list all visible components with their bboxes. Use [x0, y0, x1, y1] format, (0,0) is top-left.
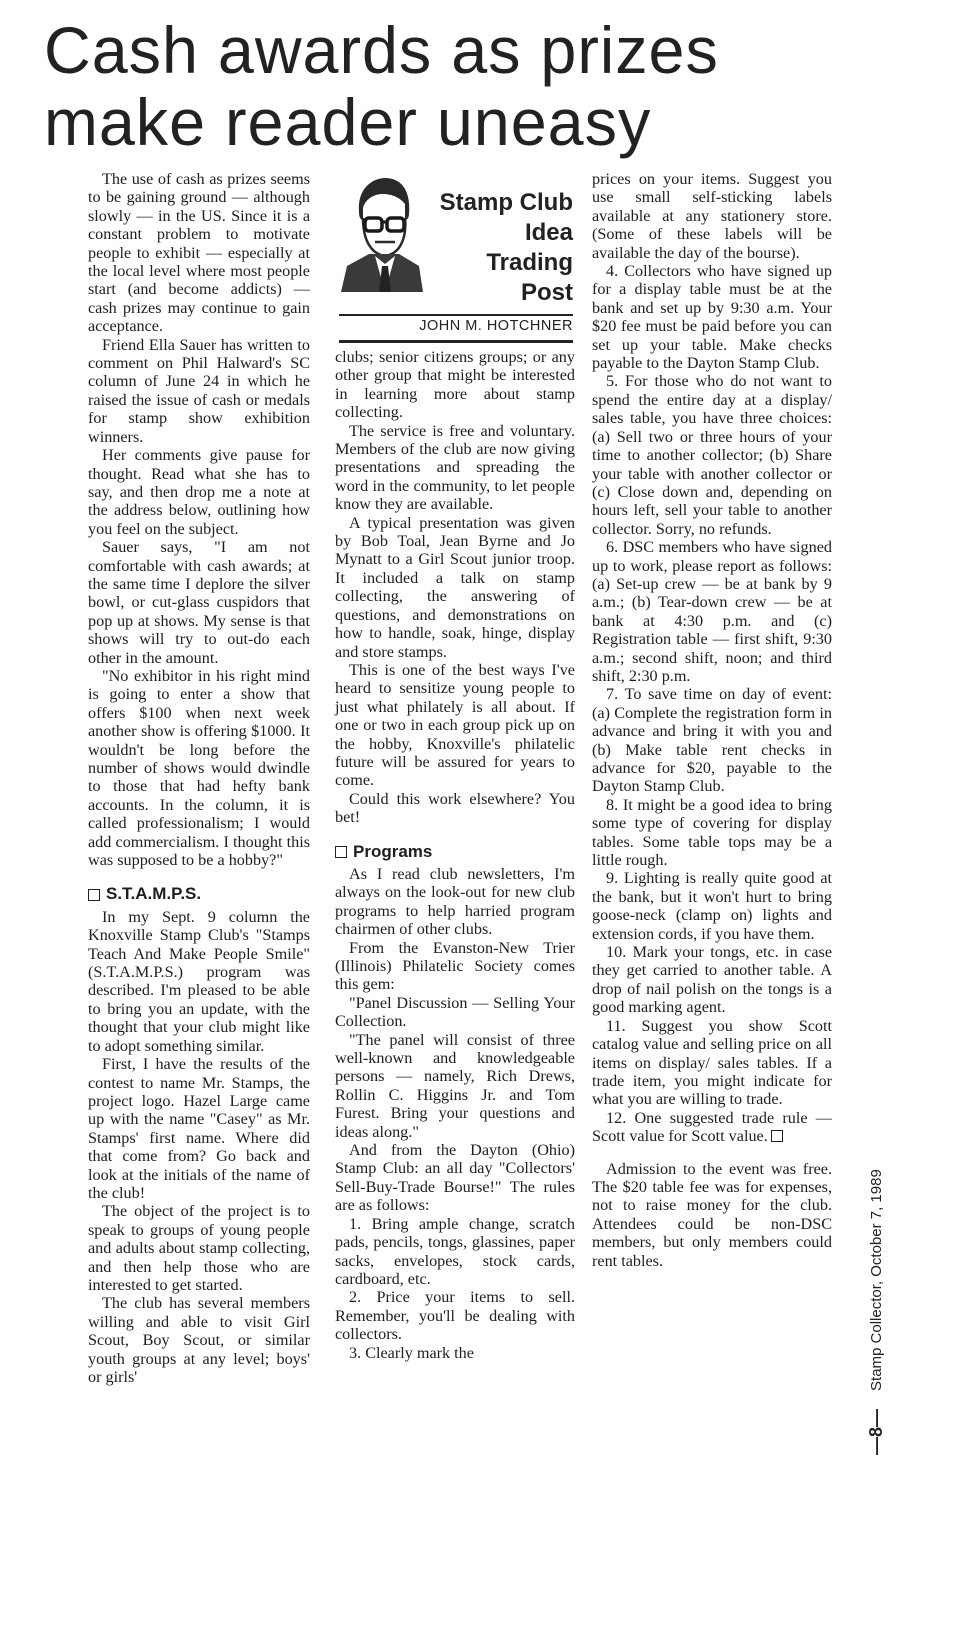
- byline: JOHN M. HOTCHNER: [419, 318, 573, 334]
- spacer: [592, 1146, 832, 1160]
- divider: [339, 340, 573, 343]
- paragraph: This is one of the best ways I've heard …: [335, 661, 575, 790]
- column-2: clubs; senior citizens groups; or any ot…: [335, 348, 575, 1362]
- column-title-line: Post: [440, 278, 573, 308]
- ballot-box-icon: [335, 846, 347, 858]
- column-title-line: Idea: [440, 218, 573, 248]
- section-heading-text: Programs: [353, 843, 432, 861]
- paragraph: "No exhibitor in his right mind is going…: [88, 667, 310, 869]
- rule-item: 8. It might be a good idea to bring some…: [592, 796, 832, 870]
- column-title-line: Stamp Club: [440, 188, 573, 218]
- paragraph: The service is free and voluntary. Membe…: [335, 422, 575, 514]
- paragraph: "The panel will consist of three well-kn…: [335, 1031, 575, 1141]
- rule-item-text: 12. One suggested trade rule — Scott val…: [592, 1109, 832, 1145]
- column-1: The use of cash as prizes seems to be ga…: [88, 170, 310, 1386]
- paragraph: "Panel Discussion — Selling Your Collect…: [335, 994, 575, 1031]
- paragraph: As I read club newsletters, I'm always o…: [335, 865, 575, 939]
- page-number: —8—: [866, 1409, 887, 1455]
- paragraph: The club has several members willing and…: [88, 1294, 310, 1386]
- rule-item: 12. One suggested trade rule — Scott val…: [592, 1109, 832, 1146]
- paragraph: In my Sept. 9 column the Knoxville Stamp…: [88, 908, 310, 1055]
- rule-item: 11. Suggest you show Scott catalog value…: [592, 1017, 832, 1109]
- end-mark-icon: [771, 1130, 783, 1142]
- column-title: Stamp Club Idea Trading Post: [440, 188, 573, 308]
- headline-line-2: make reader uneasy: [44, 86, 828, 158]
- rule-item: 1. Bring ample change, scratch pads, pen…: [335, 1215, 575, 1289]
- rule-item: 9. Lighting is really quite good at the …: [592, 869, 832, 943]
- paragraph: Friend Ella Sauer has written to comment…: [88, 336, 310, 446]
- rule-item: 4. Collectors who have signed up for a d…: [592, 262, 832, 372]
- ballot-box-icon: [88, 889, 100, 901]
- column-masthead: Stamp Club Idea Trading Post JOHN M. HOT…: [335, 170, 575, 342]
- paragraph: The object of the project is to speak to…: [88, 1202, 310, 1294]
- paragraph: From the Evanston-New Trier (Illinois) P…: [335, 939, 575, 994]
- rule-item: 3. Clearly mark the: [335, 1344, 575, 1362]
- author-portrait-icon: [339, 174, 425, 294]
- paragraph: clubs; senior citizens groups; or any ot…: [335, 348, 575, 422]
- paragraph: The use of cash as prizes seems to be ga…: [88, 170, 310, 336]
- section-heading-text: S.T.A.M.P.S.: [106, 885, 201, 903]
- paragraph: Could this work elsewhere? You bet!: [335, 790, 575, 827]
- paragraph: prices on your items. Suggest you use sm…: [592, 170, 832, 262]
- divider: [339, 314, 573, 316]
- paragraph: Her comments give pause for thought. Rea…: [88, 446, 310, 538]
- publication-date: Stamp Collector, October 7, 1989: [868, 1169, 885, 1391]
- column-3: prices on your items. Suggest you use sm…: [592, 170, 832, 1270]
- paragraph: A typical presentation was given by Bob …: [335, 514, 575, 661]
- rule-item: 6. DSC members who have signed up to wor…: [592, 538, 832, 685]
- rule-item: 10. Mark your tongs, etc. in case they g…: [592, 943, 832, 1017]
- column-title-line: Trading: [440, 248, 573, 278]
- headline-line-1: Cash awards as prizes: [44, 14, 828, 86]
- rule-item: 5. For those who do not want to spend th…: [592, 372, 832, 538]
- paragraph: Sauer says, "I am not comfortable with c…: [88, 538, 310, 667]
- section-heading-programs: Programs: [335, 843, 575, 861]
- paragraph: Admission to the event was free. The $20…: [592, 1160, 832, 1270]
- paragraph: First, I have the results of the contest…: [88, 1055, 310, 1202]
- paragraph: And from the Dayton (Ohio) Stamp Club: a…: [335, 1141, 575, 1215]
- rule-item: 2. Price your items to sell. Remember, y…: [335, 1288, 575, 1343]
- rule-item: 7. To save time on day of event: (a) Com…: [592, 685, 832, 795]
- headline: Cash awards as prizes make reader uneasy: [44, 14, 828, 158]
- folio: —8— Stamp Collector, October 7, 1989: [866, 1095, 887, 1455]
- section-heading-stamps: S.T.A.M.P.S.: [88, 885, 310, 903]
